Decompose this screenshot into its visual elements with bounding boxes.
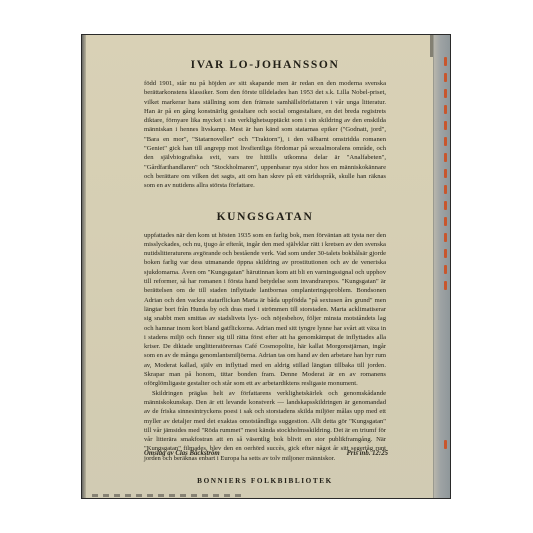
publisher-imprint: BONNIERS FOLKBIBLIOTEK: [144, 477, 386, 485]
price-label: Pris inb. 12:25: [347, 450, 388, 457]
spine-stripe-mark: [444, 249, 447, 258]
cover-text-block: IVAR LO-JOHANSSON född 1901, står nu på …: [144, 57, 386, 485]
spine-stripe-mark: [444, 89, 447, 98]
spine-stripe-mark: [444, 233, 447, 242]
spine-stripe-mark: [444, 281, 447, 290]
spine-stripe-mark: [444, 73, 447, 82]
spine-stripe-mark: [444, 121, 447, 130]
cover-credit: Omslag av Clas Bäckström: [144, 450, 220, 457]
book-title: KUNGSGATAN: [144, 209, 386, 225]
spine-stripe-mark: [444, 440, 447, 449]
spine-stripe-mark: [444, 217, 447, 226]
spine-stripe-mark: [444, 201, 447, 210]
synopsis-paragraph-1: uppfattades när den kom ut hösten 1935 s…: [144, 231, 386, 389]
spine-stripe-mark: [444, 137, 447, 146]
author-heading: IVAR LO-JOHANSSON: [144, 57, 386, 73]
spine-stripe-mark: [444, 57, 447, 66]
spine-stripe-mark: [444, 265, 447, 274]
book-back-cover: IVAR LO-JOHANSSON född 1901, står nu på …: [81, 34, 451, 499]
spine-stripe-mark: [444, 105, 447, 114]
spine-stripe-mark: [444, 153, 447, 162]
author-bio: född 1901, står nu på höjden av sitt ska…: [144, 79, 386, 191]
bottom-edge-wear: [92, 494, 242, 497]
spine-stripe-mark: [444, 185, 447, 194]
spine-stripe-mark: [444, 169, 447, 178]
cover-footer: Omslag av Clas Bäckström Pris inb. 12:25: [144, 450, 388, 457]
book-spine: [433, 35, 450, 498]
